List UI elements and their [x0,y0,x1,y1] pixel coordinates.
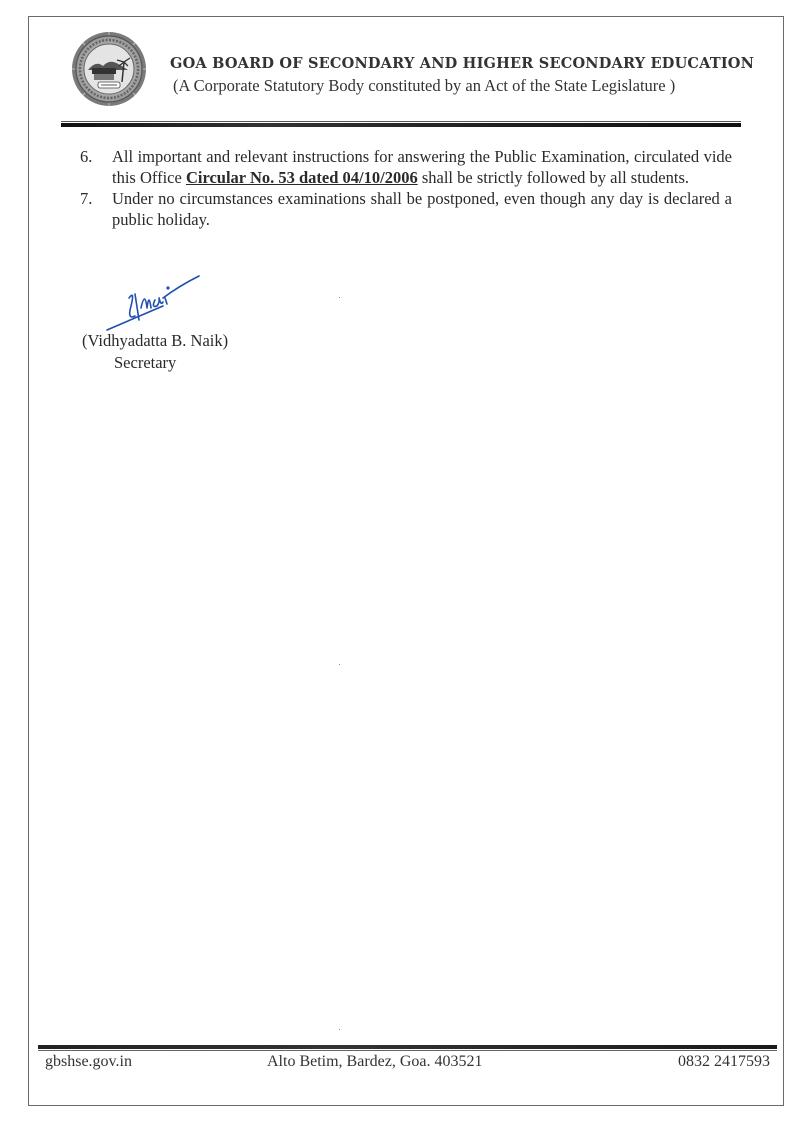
scan-speck [339,1029,340,1030]
footer-address: Alto Betim, Bardez, Goa. 403521 [267,1053,483,1071]
list-item: 7. Under no circumstances examinations s… [80,188,732,230]
scan-speck [339,297,340,298]
instruction-list: 6. All important and relevant instructio… [80,146,732,230]
signature-icon [105,268,205,334]
organization-subtitle: (A Corporate Statutory Body constituted … [173,76,675,96]
footer-phone: 0832 2417593 [678,1053,770,1071]
board-seal-icon [70,30,148,108]
item-number: 7. [80,188,112,230]
circular-reference: Circular No. 53 dated 04/10/2006 [186,168,418,187]
footer-divider [38,1045,777,1051]
footer-website[interactable]: gbshse.gov.in [45,1053,132,1071]
signatory-name: (Vidhyadatta B. Naik) [82,331,228,351]
organization-title: GOA BOARD OF SECONDARY AND HIGHER SECOND… [170,55,754,72]
item-text: Under no circumstances examinations shal… [112,188,732,230]
scan-speck [339,664,340,665]
item-number: 6. [80,146,112,188]
list-item: 6. All important and relevant instructio… [80,146,732,188]
header-divider [61,121,741,127]
item-text: All important and relevant instructions … [112,146,732,188]
signatory-title: Secretary [114,353,176,373]
